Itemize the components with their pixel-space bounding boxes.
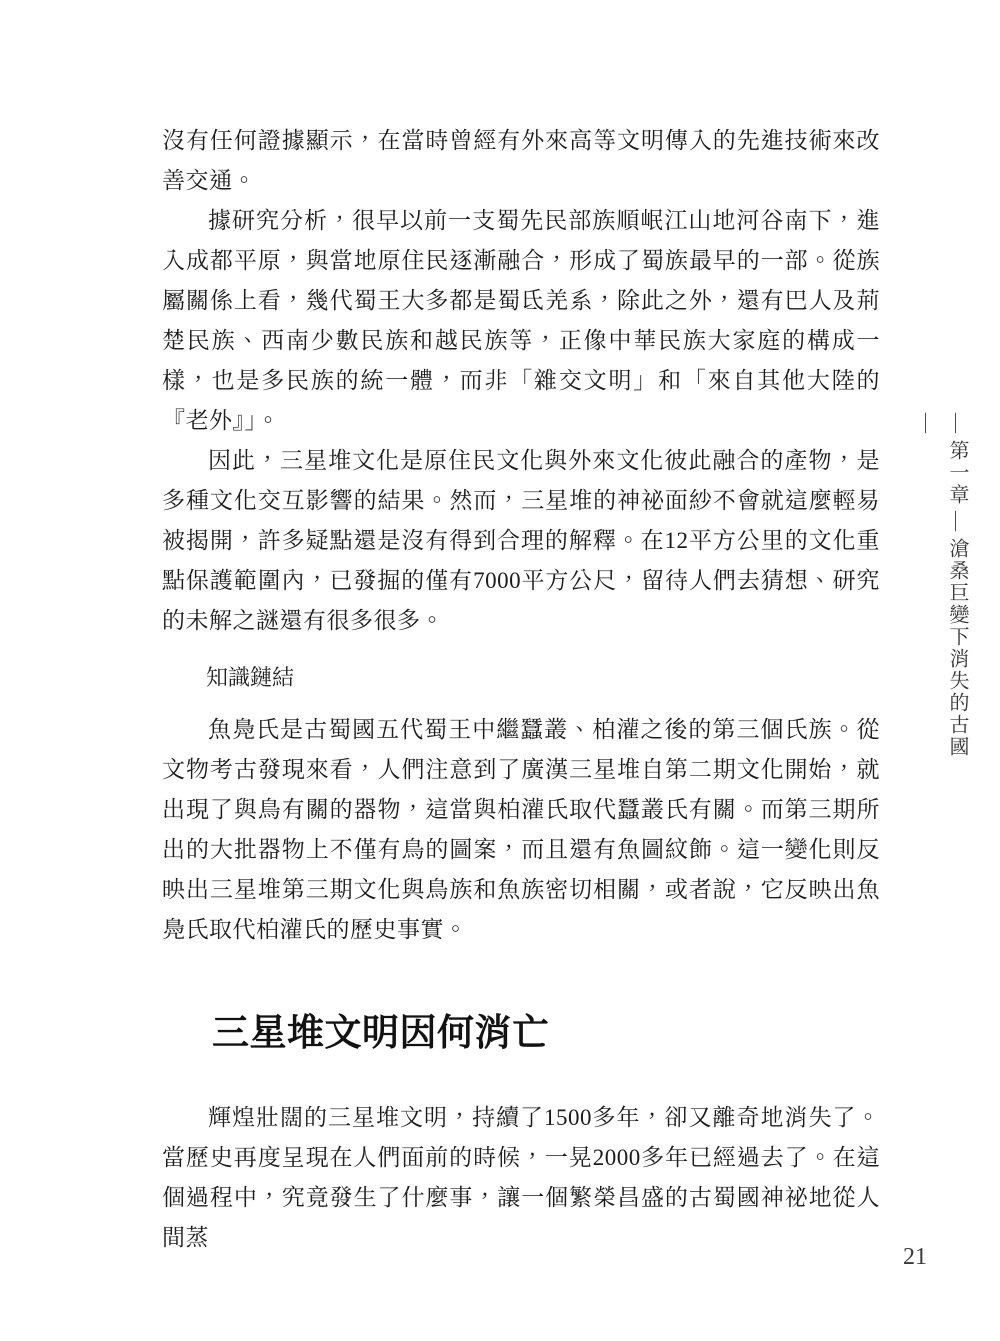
- knowledge-link-paragraph: 魚鳧氏是古蜀國五代蜀王中繼蠶叢、柏灌之後的第三個氏族。從文物考古發現來看，人們注…: [162, 710, 880, 950]
- page-number: 21: [903, 1242, 927, 1272]
- sidebar-rule-middle: —: [946, 511, 968, 533]
- chapter-sidebar: —第一章—滄桑巨變下消失的古國—: [912, 408, 972, 768]
- paragraph-continuation: 沒有任何證據顯示，在當時曾經有外來高等文明傳入的先進技術來改善交通。: [162, 121, 880, 201]
- paragraph-culture-fusion: 因此，三星堆文化是原住民文化與外來文化彼此融合的產物，是多種文化交互影響的結果。…: [162, 441, 880, 641]
- section-heading: 三星堆文明因何消亡: [162, 1012, 880, 1056]
- page-body-text: 沒有任何證據顯示，在當時曾經有外來高等文明傳入的先進技術來改善交通。 據研究分析…: [162, 121, 880, 1258]
- chapter-title-label: 滄桑巨變下消失的古國: [946, 538, 968, 758]
- book-page: 沒有任何證據顯示，在當時曾經有外來高等文明傳入的先進技術來改善交通。 據研究分析…: [0, 0, 1000, 1341]
- sidebar-rule-bottom: —: [916, 413, 938, 435]
- sidebar-rule-top: —: [946, 413, 968, 435]
- paragraph-shu-origins: 據研究分析，很早以前一支蜀先民部族順岷江山地河谷南下，進入成都平原，與當地原住民…: [162, 201, 880, 441]
- knowledge-link-heading: 知識鏈結: [162, 658, 880, 698]
- chapter-number-label: 第一章: [946, 440, 968, 506]
- paragraph-disappearance: 輝煌壯闊的三星堆文明，持續了1500多年，卻又離奇地消失了。當歷史再度呈現在人們…: [162, 1098, 880, 1258]
